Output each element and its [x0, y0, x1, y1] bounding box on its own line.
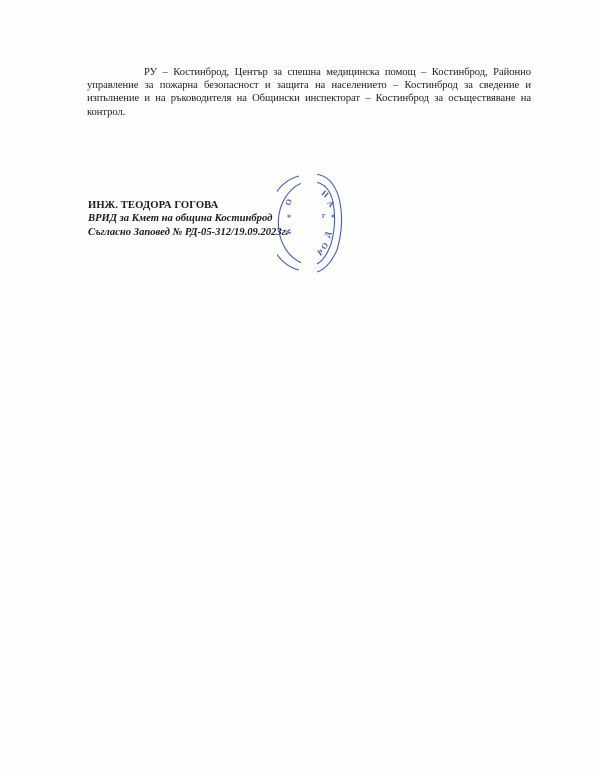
authorization-order: Съгласно Заповед № РД-05-312/19.09.2023г…	[88, 226, 288, 239]
svg-text:А: А	[325, 199, 336, 209]
svg-text:Д: Д	[322, 230, 333, 239]
body-paragraph: РУ – Костинброд, Център за спешна медици…	[87, 66, 531, 119]
svg-text:К: К	[283, 228, 293, 235]
svg-text:Н: Н	[320, 189, 331, 200]
official-stamp-icon: О * К Н А * Д О Р Г	[277, 168, 347, 278]
svg-text:О: О	[283, 198, 294, 207]
svg-text:*: *	[287, 213, 291, 222]
signature-block: ИНЖ. ТЕОДОРА ГОГОВА ВРИД за Кмет на общи…	[88, 199, 288, 239]
signatory-name: ИНЖ. ТЕОДОРА ГОГОВА	[88, 199, 288, 212]
svg-text:Г: Г	[322, 214, 326, 220]
signatory-role: ВРИД за Кмет на община Костинброд	[88, 212, 288, 225]
svg-text:*: *	[331, 213, 335, 222]
